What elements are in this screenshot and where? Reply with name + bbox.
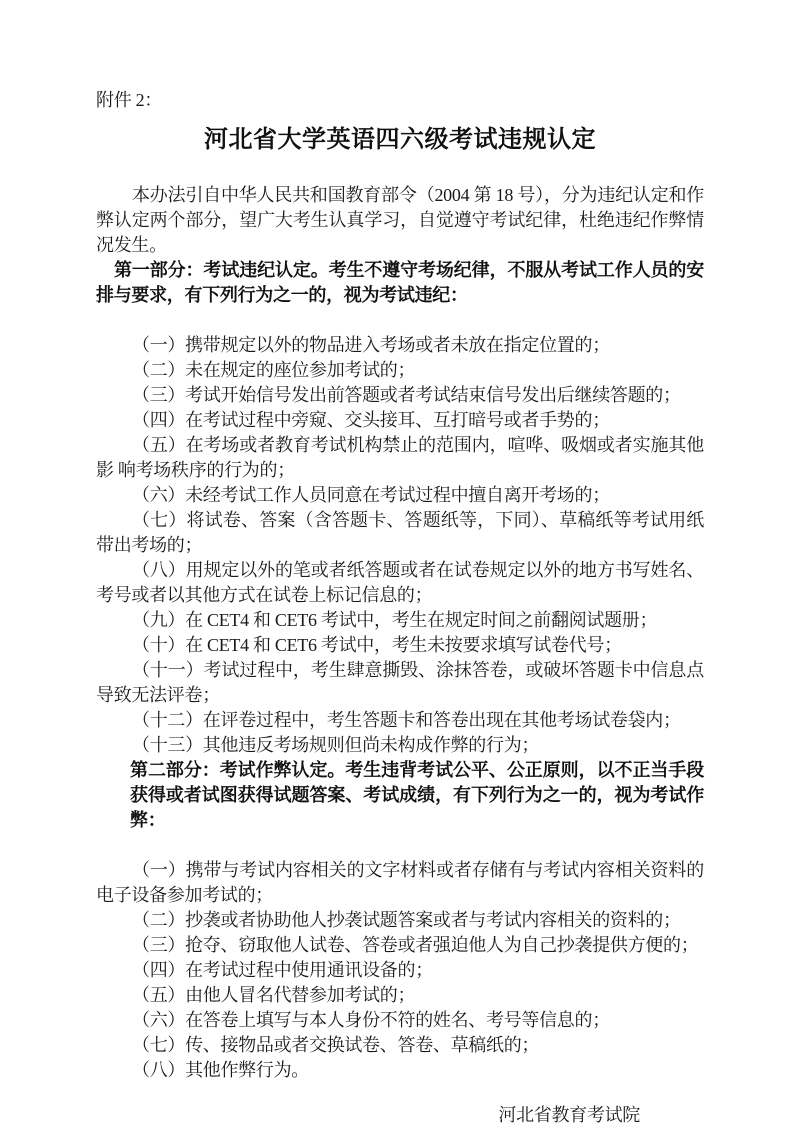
part2-item-7: （七）传、接物品或者交换试卷、答卷、草稿纸的； xyxy=(96,1033,704,1058)
part1-item-3: （三）考试开始信号发出前答题或者考试结束信号发出后继续答题的； xyxy=(96,383,704,408)
part2-item-6: （六）在答卷上填写与本人身份不符的姓名、考号等信息的； xyxy=(96,1008,704,1033)
part1-item-11: （十一）考试过程中，考生肆意撕毁、涂抹答卷，或破坏答题卡中信息点导致无法评卷； xyxy=(96,658,704,708)
part1-item-1: （一）携带规定以外的物品进入考场或者未放在指定位置的； xyxy=(96,333,704,358)
part1-item-5: （五）在考场或者教育考试机构禁止的范围内，喧哗、吸烟或者实施其他影 响考场秩序的… xyxy=(96,433,704,483)
document-page: 附件 2： 河北省大学英语四六级考试违规认定 本办法引自中华人民共和国教育部令（… xyxy=(0,0,800,1131)
part1-item-13: （十三）其他违反考场规则但尚未构成作弊的行为； xyxy=(96,733,704,758)
part1-item-6: （六）未经考试工作人员同意在考试过程中擅自离开考场的； xyxy=(96,483,704,508)
part2-item-1: （一）携带与考试内容相关的文字材料或者存储有与考试内容相关资料的电子设备参加考试… xyxy=(96,858,704,908)
issuing-authority-signature: 河北省教育考试院 xyxy=(96,1103,704,1128)
part1-item-4: （四）在考试过程中旁窥、交头接耳、互打暗号或者手势的； xyxy=(96,408,704,433)
intro-paragraph: 本办法引自中华人民共和国教育部令（2004 第 18 号），分为违纪认定和作弊认… xyxy=(96,183,704,258)
part2-item-8: （八）其他作弊行为。 xyxy=(96,1058,704,1083)
part2-item-list: （一）携带与考试内容相关的文字材料或者存储有与考试内容相关资料的电子设备参加考试… xyxy=(96,858,704,1083)
part1-item-10: （十）在 CET4 和 CET6 考试中，考生未按要求填写试卷代号； xyxy=(96,633,704,658)
part1-item-list: （一）携带规定以外的物品进入考场或者未放在指定位置的； （二）未在规定的座位参加… xyxy=(96,333,704,758)
attachment-label: 附件 2： xyxy=(96,88,704,113)
part1-item-2: （二）未在规定的座位参加考试的； xyxy=(96,358,704,383)
part2-item-4: （四）在考试过程中使用通讯设备的； xyxy=(96,958,704,983)
part1-item-12: （十二）在评卷过程中，考生答题卡和答卷出现在其他考场试卷袋内； xyxy=(96,708,704,733)
part2-item-5: （五）由他人冒名代替参加考试的； xyxy=(96,983,704,1008)
part2-item-3: （三）抢夺、窃取他人试卷、答卷或者强迫他人为自己抄袭提供方便的； xyxy=(96,933,704,958)
document-title: 河北省大学英语四六级考试违规认定 xyxy=(96,119,704,161)
part1-item-8: （八）用规定以外的笔或者纸答题或者在试卷规定以外的地方书写姓名、考号或者以其他方… xyxy=(96,558,704,608)
part2-item-2: （二）抄袭或者协助他人抄袭试题答案或者与考试内容相关的资料的； xyxy=(96,908,704,933)
part2-heading: 第二部分：考试作弊认定。考生违背考试公平、公正原则，以不正当手段获得或者试图获得… xyxy=(130,758,704,833)
part1-item-7: （七）将试卷、答案（含答题卡、答题纸等，下同）、草稿纸等考试用纸带出考场的； xyxy=(96,508,704,558)
part1-heading: 第一部分：考试违纪认定。考生不遵守考场纪律，不服从考试工作人员的安排与要求，有下… xyxy=(96,258,704,308)
part1-item-9: （九）在 CET4 和 CET6 考试中，考生在规定时间之前翻阅试题册； xyxy=(96,608,704,633)
